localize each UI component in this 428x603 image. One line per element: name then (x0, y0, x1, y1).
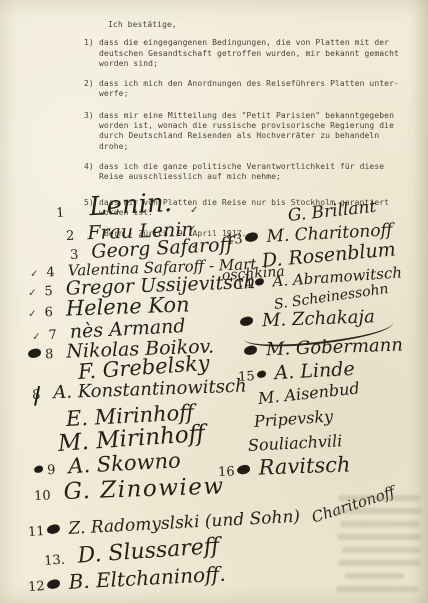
signature-number: 16 (218, 464, 235, 480)
ink-blot (236, 464, 250, 475)
check-mark: ✓ (190, 205, 198, 216)
item-number: 3) (84, 111, 99, 152)
signature-number: 14 (236, 277, 254, 293)
signature-name: Z. Radomyslski (und Sohn) (68, 507, 300, 539)
scanned-document-page: Ich bestätige, 1) dass die eingegangenen… (0, 0, 428, 603)
signature-row: 11 Z. Radomyslski (und Sohn) (27, 507, 300, 541)
item-number: 4) (84, 162, 99, 183)
signature-number: 6 (44, 305, 53, 320)
signature-row: 10 G. Zinowiew (34, 473, 225, 506)
signature-number: 1 (56, 206, 65, 221)
statement-item-2: 2) dass ich mich den Anordnungen des Rei… (84, 79, 414, 100)
statement-item-4: 4) dass ich die ganze politische Verantw… (84, 162, 414, 183)
item-number: 1) (84, 38, 99, 69)
ink-blot (254, 278, 264, 286)
signature-number: 9 (47, 463, 56, 478)
signature-name: A. Skowno (68, 448, 182, 478)
item-text: dass mir eine Mitteilung des "Petit Pari… (99, 111, 394, 152)
ink-blot (46, 524, 60, 535)
signature-row: Pripevsky (253, 406, 333, 430)
statement-item-1: 1) dass die eingegangenen Bedingungen, d… (84, 38, 414, 69)
signature-row: 8 A. Konstantinowitsch (32, 376, 247, 404)
statement-item-3: 3) dass mir eine Mitteilung des "Petit P… (84, 111, 414, 152)
signature-name: G. Zinowiew (63, 473, 225, 505)
signature-number: 13. (44, 553, 66, 569)
signature-row: Charitonoff (309, 482, 397, 527)
signature-number: 8 (45, 347, 54, 362)
signature-number-struck: 8 (32, 388, 41, 403)
item-text: dass die eingegangenen Bedingungen, die … (99, 38, 399, 69)
signature-number: 11 (28, 524, 45, 540)
signature-number: 10 (34, 488, 51, 504)
check-mark: ✓ (28, 309, 37, 320)
signature-row: M. Gobermann (244, 334, 404, 361)
signature-number: 12 (28, 579, 45, 595)
item-number: 2) (84, 79, 99, 100)
signature-name: Charitonoff (309, 483, 397, 527)
signature-number: 13 (226, 232, 243, 248)
ink-blot (244, 232, 258, 243)
signature-name: Ravitsch (258, 452, 351, 479)
ink-blot (27, 348, 41, 359)
item-text: dass ich mich den Anordnungen des Reisef… (99, 79, 399, 100)
signature-row: 16 Ravitsch (218, 452, 351, 481)
signature-name: Lenin. (89, 188, 173, 222)
signature-number: 15 (238, 369, 255, 385)
signature-name: Souliachvili (248, 431, 343, 455)
ink-blot (243, 345, 257, 356)
signature-row: 1 Lenin. (55, 188, 173, 224)
signature-row: Souliachvili (248, 431, 343, 455)
ink-blot (46, 579, 60, 590)
statement-heading: Ich bestätige, (108, 20, 414, 30)
item-text: dass ich die ganze politische Verantwort… (99, 162, 384, 183)
ink-blot (256, 370, 266, 378)
signature-name: Pripevsky (253, 406, 333, 430)
ink-blot (34, 465, 44, 473)
signature-name: M. Gobermann (266, 334, 404, 360)
